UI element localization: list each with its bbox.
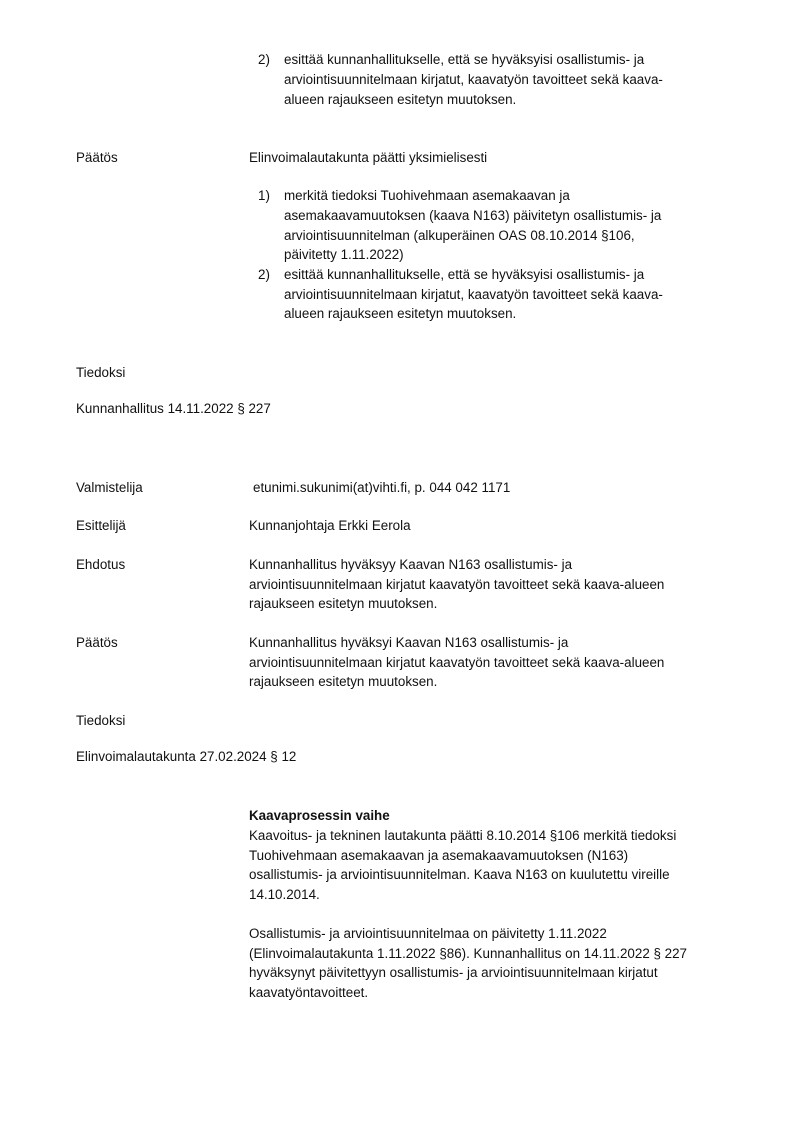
paragraph-line: hyväksynyt päivitettyyn osallistumis- ja…	[249, 963, 658, 983]
section-label: Valmistelija	[76, 478, 143, 498]
list-text-line: arviointisuunnitelman (alkuperäinen OAS …	[284, 226, 635, 246]
notice-reference: Kunnanhallitus 14.11.2022 § 227	[76, 399, 271, 419]
list-text-line: alueen rajaukseen esitetyn muutoksen.	[284, 304, 516, 324]
paragraph-line: kaavatyöntavoitteet.	[249, 983, 368, 1003]
paragraph-line: Tuohivehmaan asemakaavan ja asemakaavamu…	[249, 846, 628, 866]
list-text-line: päivitetty 1.11.2022)	[284, 245, 404, 265]
section-label: Tiedoksi	[76, 711, 125, 731]
presenter-name: Kunnanjohtaja Erkki Eerola	[249, 516, 411, 536]
paragraph-line: Kaavoitus- ja tekninen lautakunta päätti…	[249, 826, 676, 846]
proposal-text-line: arviointisuunnitelmaan kirjatut kaavatyö…	[249, 575, 664, 595]
preparer-contact: etunimi.sukunimi(at)vihti.fi, p. 044 042…	[253, 478, 510, 498]
paragraph-line: 14.10.2014.	[249, 885, 320, 905]
paragraph-line: Osallistumis- ja arviointisuunnitelmaa o…	[249, 924, 607, 944]
paragraph-line: (Elinvoimalautakunta 1.11.2022 §86). Kun…	[249, 944, 687, 964]
section-label: Esittelijä	[76, 516, 126, 536]
list-number: 2)	[258, 50, 270, 70]
list-text-line: arviointisuunnitelmaan kirjatut, kaavaty…	[284, 70, 663, 90]
decision-text-line: Kunnanhallitus hyväksyi Kaavan N163 osal…	[249, 633, 568, 653]
list-text-line: esittää kunnanhallitukselle, että se hyv…	[284, 265, 644, 285]
section-label: Tiedoksi	[76, 363, 125, 383]
list-text-line: merkitä tiedoksi Tuohivehmaan asemakaava…	[284, 186, 570, 206]
list-number: 1)	[258, 186, 270, 206]
paragraph-line: osallistumis- ja arviointisuunnitelman. …	[249, 865, 670, 885]
list-text-line: arviointisuunnitelmaan kirjatut, kaavaty…	[284, 285, 663, 305]
list-text-line: asemakaavamuutoksen (kaava N163) päivite…	[284, 206, 661, 226]
decision-text-line: rajaukseen esitetyn muutoksen.	[249, 672, 437, 692]
section-label: Päätös	[76, 148, 118, 168]
list-text-line: alueen rajaukseen esitetyn muutoksen.	[284, 90, 516, 110]
list-number: 2)	[258, 265, 270, 285]
section-label: Päätös	[76, 633, 118, 653]
process-stage-heading: Kaavaprosessin vaihe	[249, 806, 390, 826]
proposal-text-line: rajaukseen esitetyn muutoksen.	[249, 594, 437, 614]
decision-text-line: arviointisuunnitelmaan kirjatut kaavatyö…	[249, 653, 664, 673]
list-text-line: esittää kunnanhallitukselle, että se hyv…	[284, 50, 644, 70]
section-label: Ehdotus	[76, 555, 125, 575]
decision-intro: Elinvoimalautakunta päätti yksimielisest…	[249, 148, 487, 168]
proposal-text-line: Kunnanhallitus hyväksyy Kaavan N163 osal…	[249, 555, 572, 575]
notice-reference: Elinvoimalautakunta 27.02.2024 § 12	[76, 747, 296, 767]
